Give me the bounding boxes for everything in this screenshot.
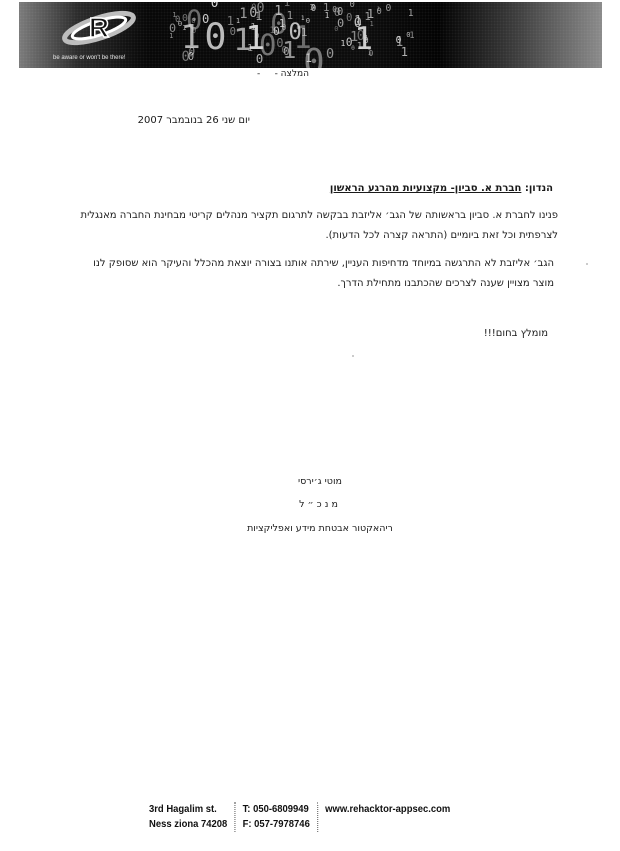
subtitle-dash: - xyxy=(257,69,260,79)
address-line-2: Ness ziona 74208 xyxy=(149,817,227,832)
subtitle-text: המלצה - xyxy=(275,69,309,79)
tagline: be aware or won't be there! xyxy=(53,55,126,61)
paragraph-1: פנינו לחברת א. סביון בראשותה של הגב׳ אלי… xyxy=(78,206,558,246)
binary-digits-decoration: 1010011001011001010010100110010110010100… xyxy=(169,2,429,68)
letterhead-banner: R be aware or won't be there! 1010011001… xyxy=(19,2,602,68)
paragraph-2: הגב׳ אליזבת לא התרגשה במיוחד מדחיפות הענ… xyxy=(74,254,554,294)
signature-company: ריהאקטור אבטחת מידע ואפליקציות xyxy=(200,523,440,534)
letter-subject: הנדון: חברת א. סביון- מקצועיות מהרגע הרא… xyxy=(330,183,553,194)
svg-text:R: R xyxy=(89,12,109,43)
signature-name: מוטי ג׳ירסי xyxy=(200,476,440,487)
website-link[interactable]: www.rehacktor-appsec.com xyxy=(325,802,450,817)
fax-number: F: 057-7978746 xyxy=(243,817,310,832)
closing-line: מומלץ בחום!!! xyxy=(484,328,548,339)
scan-speck xyxy=(586,263,588,265)
company-logo-icon: R xyxy=(59,6,139,48)
address-line-1: 3rd Hagalim st. xyxy=(149,802,227,817)
subject-text: חברת א. סביון- מקצועיות מהרגע הראשון xyxy=(330,183,521,194)
subject-label: הנדון: xyxy=(525,183,553,194)
footer-web: www.rehacktor-appsec.com xyxy=(317,802,457,832)
phone-number: T: 050-6809949 xyxy=(243,802,310,817)
letterhead-footer: 3rd Hagalim st. Ness ziona 74208 T: 050-… xyxy=(149,802,458,832)
signature-title: מנכ״ל xyxy=(200,499,440,510)
footer-address: 3rd Hagalim st. Ness ziona 74208 xyxy=(149,802,234,832)
scan-speck xyxy=(352,355,354,357)
document-subtitle: המלצה - - xyxy=(257,69,309,79)
footer-contact: T: 050-6809949 F: 057-7978746 xyxy=(234,802,317,832)
letter-date: יום שני 26 בנובמבר 2007 xyxy=(138,115,250,126)
